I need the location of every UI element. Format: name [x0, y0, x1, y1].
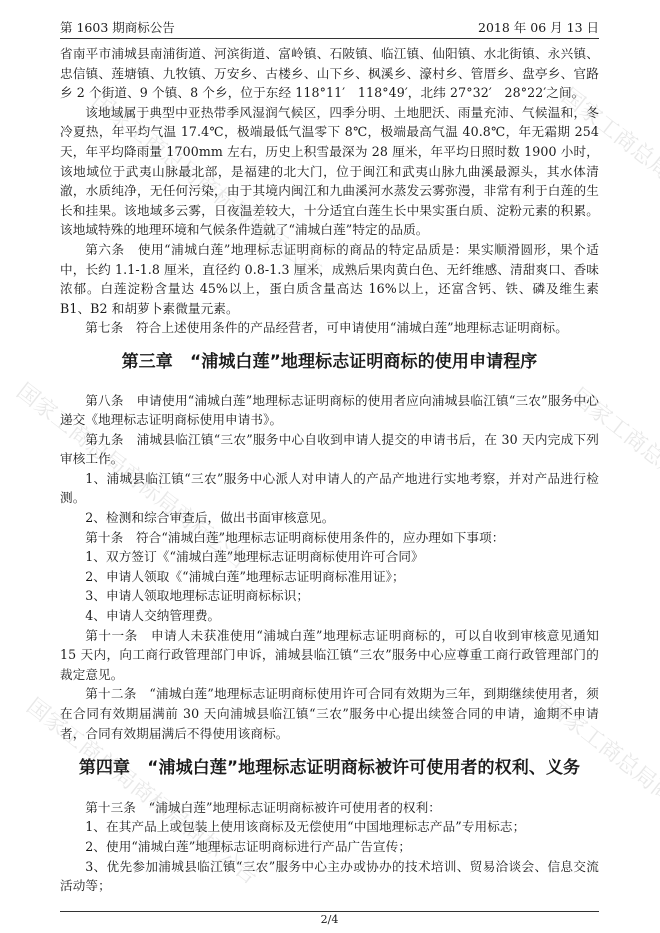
page-number: 2/4 — [321, 913, 339, 926]
paragraph: 省南平市浦城县南浦街道、河滨街道、富岭镇、石陂镇、临江镇、仙阳镇、水北街镇、永兴… — [60, 44, 599, 103]
list-item: 4、申请人交纳管理费。 — [60, 606, 599, 626]
document-body: 省南平市浦城县南浦街道、河滨街道、富岭镇、石陂镇、临江镇、仙阳镇、水北街镇、永兴… — [60, 44, 599, 896]
article-7: 第七条 符合上述使用条件的产品经营者，可申请使用“浦城白莲”地理标志证明商标。 — [60, 318, 599, 338]
article-6: 第六条 使用“浦城白莲”地理标志证明商标的商品的特定品质是：果实顺滑圆形，果个适… — [60, 240, 599, 318]
list-item: 1、浦城县临江镇“三农”服务中心派人对申请人的产品产地进行实地考察，并对产品进行… — [60, 469, 599, 508]
article-9: 第九条 浦城县临江镇“三农”服务中心自收到申请人提交的申请书后，在 30 天内完… — [60, 430, 599, 469]
article-8: 第八条 申请使用“浦城白莲”地理标志证明商标的使用者应向浦城县临江镇“三农”服务… — [60, 391, 599, 430]
list-item: 3、申请人领取地理标志证明商标标识； — [60, 586, 599, 606]
publication-date: 2018 年 06 月 13 日 — [478, 18, 599, 36]
article-12: 第十二条 “浦城白莲”地理标志证明商标使用许可合同有效期为三年，到期继续使用者，… — [60, 684, 599, 743]
article-10: 第十条 符合“浦城白莲”地理标志证明商标使用条件的，应办理如下事项： — [60, 528, 599, 548]
document-page: 国家工商总局商标局商标公告 国家工商总局商标局商标公告 国家工商总局商标局商标公… — [0, 0, 660, 933]
chapter-4-heading: 第四章 “浦城白莲”地理标志证明商标被许可使用者的权利、义务 — [60, 759, 599, 779]
list-item: 2、申请人领取《“浦城白莲”地理标志证明商标准用证》； — [60, 567, 599, 587]
list-item: 1、在其产品上或包装上使用该商标及无偿使用“中国地理标志产品”专用标志； — [60, 817, 599, 837]
chapter-3-heading: 第三章 “浦城白莲”地理标志证明商标的使用申请程序 — [60, 353, 599, 373]
article-13: 第十三条 “浦城白莲”地理标志证明商标被许可使用者的权利： — [60, 798, 599, 818]
page-footer: 2/4 — [60, 911, 599, 926]
list-item: 2、检测和综合审查后，做出书面审核意见。 — [60, 508, 599, 528]
list-item: 3、优先参加浦城县临江镇“三农”服务中心主办或协办的技术培训、贸易洽谈会、信息交… — [60, 857, 599, 896]
list-item: 1、双方签订《“浦城白莲”地理标志证明商标使用许可合同》 — [60, 547, 599, 567]
page-header: 第 1603 期商标公告 2018 年 06 月 13 日 — [60, 18, 599, 39]
issue-number: 第 1603 期商标公告 — [60, 18, 175, 36]
article-11: 第十一条 申请人未获准使用“浦城白莲”地理标志证明商标的，可以自收到审核意见通知… — [60, 626, 599, 685]
paragraph: 该地域属于典型中亚热带季风湿润气候区，四季分明、土地肥沃、雨量充沛、气候温和，冬… — [60, 103, 599, 240]
list-item: 2、使用“浦城白莲”地理标志证明商标进行产品广告宣传； — [60, 837, 599, 857]
